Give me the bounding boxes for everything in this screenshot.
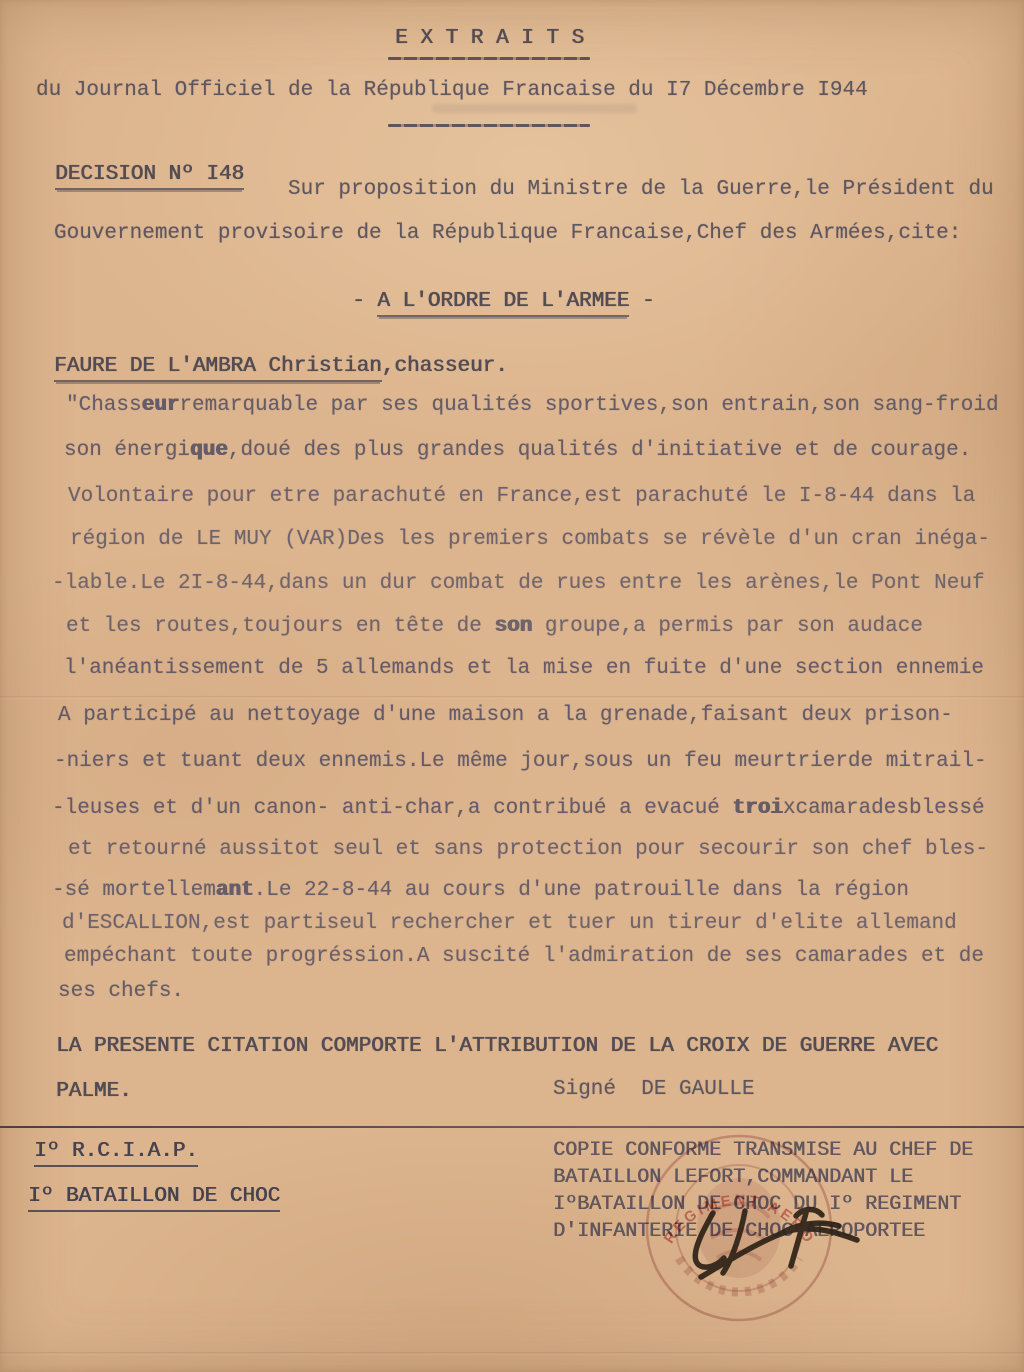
- citation-line: Volontaire pour etre parachuté en France…: [68, 486, 975, 507]
- citation-line: son énergique,doué des plus grandes qual…: [64, 440, 971, 461]
- separator-line: [388, 124, 590, 127]
- copy-note-line: COPIE CONFORME TRANSMISE AU CHEF DE: [553, 1141, 973, 1161]
- citation-line: -leuses et d'un canon- anti-char,a contr…: [52, 798, 985, 819]
- paper-crease: [0, 696, 1024, 699]
- citation-line: A participé au nettoyage d'une maison a …: [58, 705, 953, 726]
- citation-line: -niers et tuant deux ennemis.Le même jou…: [54, 751, 987, 772]
- signed-line: Signé DE GAULLE: [553, 1079, 755, 1100]
- title-underline: [388, 57, 590, 60]
- subtitle: du Journal Officiel de la République Fra…: [36, 80, 868, 101]
- paper-crease-bottom: [0, 1352, 1024, 1355]
- footer-unit-line: Iº R.C.I.A.P.: [34, 1141, 198, 1162]
- copy-note-line: IºBATAILLON DE CHOC DU Iº REGIMENT: [553, 1195, 961, 1215]
- citation-line: région de LE MUY (VAR)Des les premiers c…: [70, 529, 990, 550]
- decision-intro-line1: Sur proposition du Ministre de la Guerre…: [288, 179, 994, 200]
- citation-line: et retourné aussitot seul et sans protec…: [68, 839, 988, 860]
- document-page: E X T R A I T S du Journal Officiel de l…: [0, 0, 1024, 1372]
- citation-line: -lable.Le 2I-8-44,dans un dur combat de …: [52, 573, 985, 594]
- decision-intro-line2: Gouvernement provisoire de la République…: [54, 223, 961, 244]
- award-line-2: PALME.: [56, 1081, 132, 1102]
- citation-line: "Chasseurremarquable par ses qualités sp…: [66, 395, 999, 416]
- citation-line: l'anéantissement de 5 allemands et la mi…: [64, 658, 984, 679]
- citation-line: d'ESCALLION,est partiseul rechercher et …: [62, 913, 957, 934]
- citation-line: empéchant toute progréssion.A suscité l'…: [64, 946, 984, 967]
- page-title: E X T R A I T S: [395, 28, 584, 49]
- copy-note-line: BATAILLON LEFORT,COMMANDANT LE: [553, 1168, 913, 1188]
- decision-number: DECISION Nº I48: [55, 164, 244, 185]
- ink-ghost-smudge: [432, 104, 637, 113]
- order-heading: - A L'ORDRE DE L'ARMEE -: [352, 291, 654, 312]
- citation-line: et les routes,toujours en tête de son gr…: [66, 616, 923, 637]
- recipient-line: FAURE DE L'AMBRA Christian,chasseur.: [54, 356, 508, 377]
- footer-unit-line: Iº BATAILLON DE CHOC: [28, 1186, 280, 1207]
- citation-line: ses chefs.: [58, 981, 184, 1002]
- copy-note-line: D'INFANTERIE DE CHOC AEROPORTEE: [553, 1222, 925, 1242]
- divider-line: [0, 1126, 1024, 1128]
- citation-line: -sé mortellemant.Le 22-8-44 au cours d'u…: [52, 880, 909, 901]
- award-line-1: LA PRESENTE CITATION COMPORTE L'ATTRIBUT…: [56, 1036, 938, 1057]
